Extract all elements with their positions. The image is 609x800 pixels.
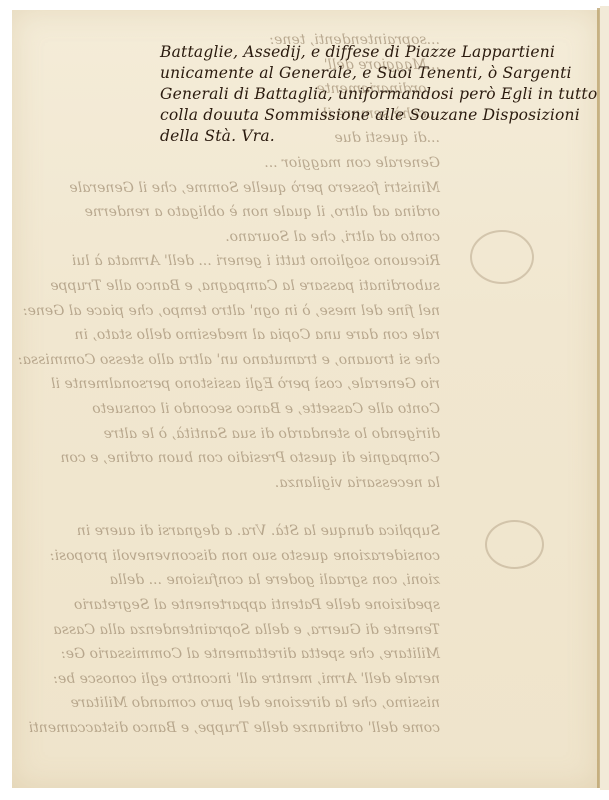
bleed-line: spedizione delle Patenti appartenente al… [20,593,440,618]
bleed-line: Ministri fossero però quelle Somme, che … [20,176,440,201]
front-line: Battaglie, Assedij, e diffese di Piazze … [160,42,600,63]
bleed-line: rale con dare una Copia al medesimo dell… [20,323,440,348]
bleed-line: nissimo, che la direzione del puro coman… [20,691,440,716]
bleed-line: subordinati passare la Campagna, e Banco… [20,274,440,299]
bleed-line: la necessaria vigilanza. [20,471,440,496]
front-line: colla douuta Sommissione alle Souzane Di… [160,105,600,126]
bleed-line: rio Generale, così però Egli assistono p… [20,372,440,397]
bleed-line: ordina ad altro, il quale non è obligato… [20,200,440,225]
front-ink-text: Battaglie, Assedij, e diffese di Piazze … [160,42,600,147]
bleed-line: Tenente di Guerra, e della Sopraintenden… [20,618,440,643]
bleed-line: considerazione questo suo non disconvene… [20,544,440,569]
bleed-line: Conto alle Cassette, e Banco secondo il … [20,397,440,422]
front-line: unicamente al Generale, e Suoi Tenenti, … [160,63,600,84]
bleed-line: Supplica dunque la Stà. Vra. a degnarsi … [20,519,440,544]
front-line: della Stà. Vra. [160,126,600,147]
bleed-line: nerale dell' Armi, mentre all' incontro … [20,667,440,692]
bleed-line: Militare, che spetta direttamente al Com… [20,642,440,667]
bleed-flourish [470,230,534,284]
bleed-line: come dell' ordinanze delle Truppe, e Ban… [20,716,440,741]
bleed-line: Riceuono sogliono tutti i generi ... del… [20,249,440,274]
bleed-line: nel fine del mese, ò in ogn' altro tempo… [20,299,440,324]
bleed-line: Compagnie di questo Presidio con buon or… [20,446,440,471]
bleed-flourish [485,520,544,569]
bleed-line: che si trouano, e tramutano un' altra al… [20,348,440,373]
bleed-line: Generale con maggior ... [20,151,440,176]
bleed-line: zioni, con sgraali godere la confusione … [20,568,440,593]
bleed-line: conto ad altri, che al Sourano. [20,225,440,250]
bleed-line: dirigendo lo stendardo di sua Santità, ò… [20,422,440,447]
front-line: Generali di Battaglia, uniformandosi per… [160,84,600,105]
adjacent-page-strip [600,6,609,790]
